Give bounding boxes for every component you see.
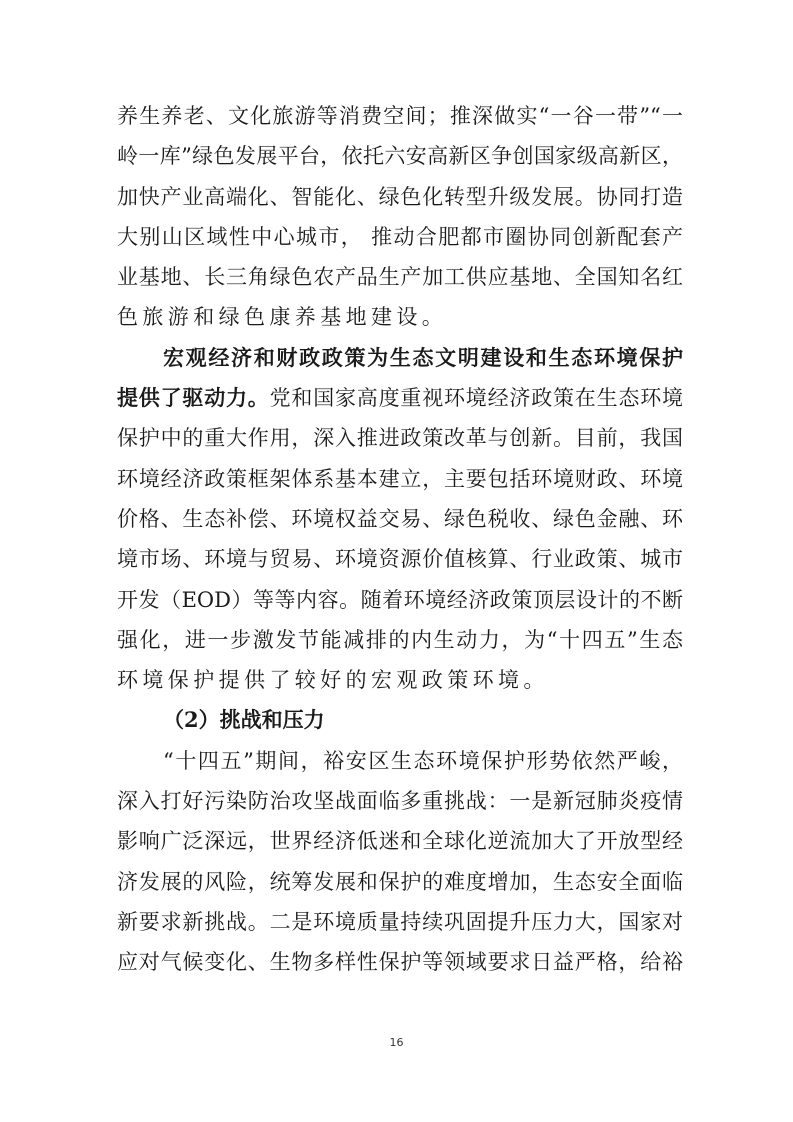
- text-line: “十四五”期间，裕安区生态环境保护形势依然严峻，: [117, 741, 683, 781]
- paragraph-consumption-spaces: 养生养老、文化旅游等消费空间；推深做实“一谷一带”“一 岭一库”绿色发展平台，依…: [117, 96, 683, 338]
- text-line: 养生养老、文化旅游等消费空间；推深做实“一谷一带”“一: [117, 96, 683, 136]
- document-page: 养生养老、文化旅游等消费空间；推深做实“一谷一带”“一 岭一库”绿色发展平台，依…: [117, 96, 683, 983]
- text-line: 业基地、长三角绿色农产品生产加工供应基地、全国知名红: [117, 257, 683, 297]
- text-line: 环境保护提供了较好的宏观政策环境。: [117, 660, 683, 700]
- page-number: 16: [0, 1036, 793, 1049]
- text-span: 党和国家高度重视环境经济政策在生态环境: [270, 386, 683, 410]
- text-line: 新要求新挑战。二是环境质量持续巩固提升压力大，国家对: [117, 902, 683, 942]
- section-heading: （2）挑战和压力: [117, 700, 683, 740]
- text-line: 加快产业高端化、智能化、绿色化转型升级发展。协同打造: [117, 177, 683, 217]
- text-line: 深入打好污染防治攻坚战面临多重挑战：一是新冠肺炎疫情: [117, 781, 683, 821]
- text-line: 环境经济政策框架体系基本建立，主要包括环境财政、环境: [117, 459, 683, 499]
- text-line: 开发（EOD）等等内容。随着环境经济政策顶层设计的不断: [117, 580, 683, 620]
- text-line: 影响广泛深远，世界经济低迷和全球化逆流加大了开放型经: [117, 821, 683, 861]
- text-line: 价格、生态补偿、环境权益交易、绿色税收、绿色金融、环: [117, 499, 683, 539]
- text-line: 应对气候变化、生物多样性保护等领域要求日益严格，给裕: [117, 942, 683, 982]
- paragraph-challenges: “十四五”期间，裕安区生态环境保护形势依然严峻， 深入打好污染防治攻坚战面临多重…: [117, 741, 683, 983]
- text-line: 济发展的风险，统筹发展和保护的难度增加，生态安全面临: [117, 862, 683, 902]
- bold-lead-sentence: 宏观经济和财政政策为生态文明建设和生态环境保护: [117, 338, 683, 378]
- text-line: 岭一库”绿色发展平台，依托六安高新区争创国家级高新区，: [117, 136, 683, 176]
- text-line: 境市场、环境与贸易、环境资源价值核算、行业政策、城市: [117, 539, 683, 579]
- paragraph-macro-policy: 宏观经济和财政政策为生态文明建设和生态环境保护 提供了驱动力。党和国家高度重视环…: [117, 338, 683, 701]
- text-line: 提供了驱动力。党和国家高度重视环境经济政策在生态环境: [117, 378, 683, 418]
- text-line: 色旅游和绿色康养基地建设。: [117, 297, 683, 337]
- bold-lead-sentence-end: 提供了驱动力。: [117, 385, 270, 410]
- text-line: 大别山区域性中心城市， 推动合肥都市圈协同创新配套产: [117, 217, 683, 257]
- text-line: 保护中的重大作用，深入推进政策改革与创新。目前，我国: [117, 418, 683, 458]
- text-line: 强化，进一步激发节能减排的内生动力，为“十四五”生态: [117, 620, 683, 660]
